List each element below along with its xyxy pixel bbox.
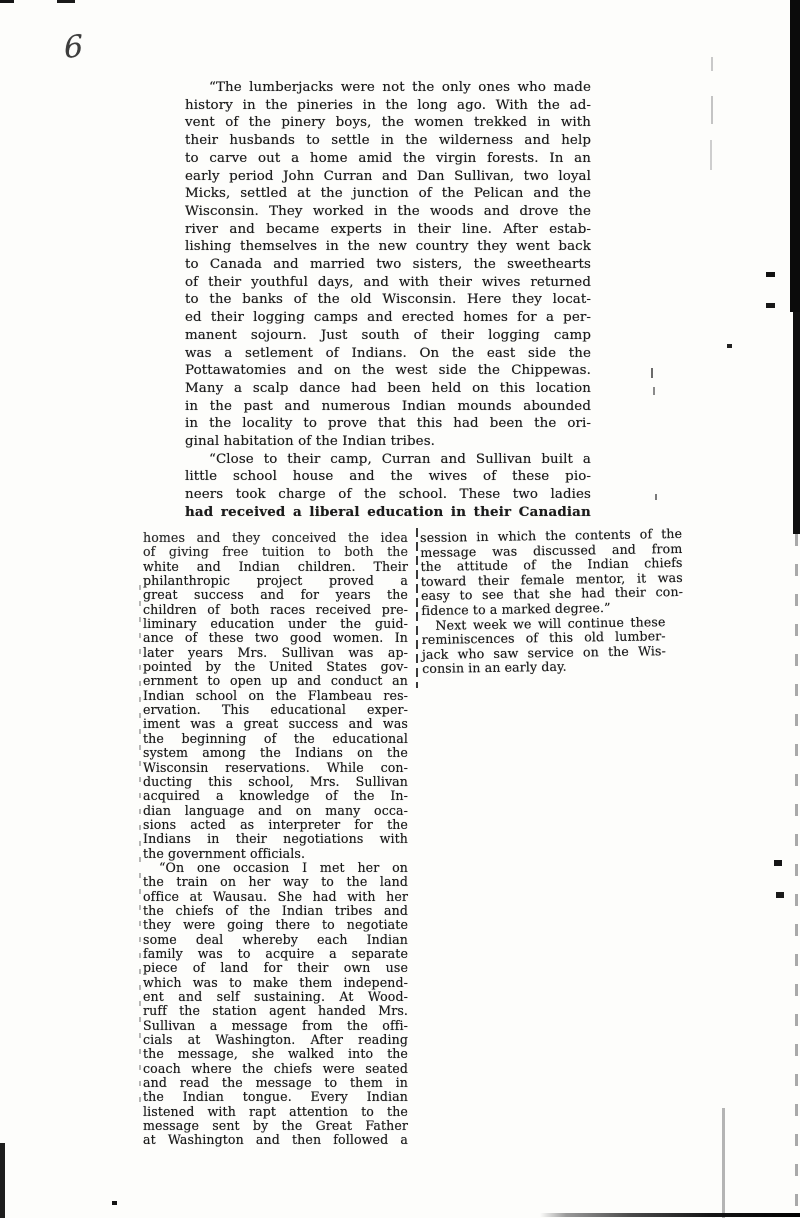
text-line: “Close to their camp, Curran and Sulliva…	[185, 451, 591, 469]
text-line: river and became experts in their line. …	[185, 221, 591, 239]
text-line: ducting this school, Mrs. Sullivan	[143, 775, 408, 789]
scan-speck	[727, 344, 732, 348]
text-line: Pottawatomies and on the west side the C…	[185, 362, 591, 380]
text-line: manent sojourn. Just south of their logg…	[185, 327, 591, 345]
text-line: the message, she walked into the	[143, 1047, 408, 1061]
text-line: great success and for years the	[143, 588, 408, 602]
text-line: history in the pineries in the long ago.…	[185, 97, 591, 115]
text-line: cials at Washington. After reading	[143, 1033, 408, 1047]
text-line: ervation. This educational exper-	[143, 703, 408, 717]
column-divider-line	[416, 528, 418, 688]
scan-faint-dash	[710, 140, 712, 170]
text-line: Sullivan a message from the offi-	[143, 1019, 408, 1033]
text-line: to the banks of the old Wisconsin. Here …	[185, 291, 591, 309]
text-line: consin in an early day.	[422, 658, 666, 676]
paragraph: Next week we will continue thesereminisc…	[421, 615, 666, 677]
text-line: office at Wausau. She had with her	[143, 890, 408, 904]
text-line: the train on her way to the land	[143, 875, 408, 889]
scan-ink-tick	[653, 387, 655, 395]
scan-speck	[766, 303, 775, 308]
scan-edge-mark	[0, 0, 14, 3]
scan-speck	[112, 1201, 117, 1205]
scan-edge-dashes	[795, 534, 798, 1218]
text-line: and read the message to them in	[143, 1076, 408, 1090]
article-intro-block: “The lumberjacks were not the only ones …	[185, 79, 591, 522]
paragraph: “On one occasion I met her onthe train o…	[143, 861, 408, 1148]
text-line: homes and they conceived the idea	[143, 531, 408, 545]
scan-edge-strip	[0, 1143, 5, 1218]
text-line: in the locality to prove that this had b…	[185, 415, 591, 433]
scan-bottom-line	[540, 1213, 800, 1217]
scan-speck	[776, 892, 784, 898]
text-line: in the past and numerous Indian mounds a…	[185, 398, 591, 416]
scan-speck	[774, 860, 782, 866]
text-line: to carve out a home amid the virgin fore…	[185, 150, 591, 168]
text-line: Many a scalp dance had been held on this…	[185, 380, 591, 398]
text-line: Micks, settled at the junction of the Pe…	[185, 185, 591, 203]
text-line: the chiefs of the Indian tribes and	[143, 904, 408, 918]
text-line: system among the Indians on the	[143, 746, 408, 760]
scan-right-black-band	[793, 312, 800, 534]
text-line: listened with rapt attention to the	[143, 1105, 408, 1119]
text-line: philanthropic project proved a	[143, 574, 408, 588]
text-line: iment was a great success and was	[143, 717, 408, 731]
text-line: little school house and the wives of the…	[185, 468, 591, 486]
text-line: ginal habitation of the Indian tribes.	[185, 433, 591, 451]
text-line: family was to acquire a separate	[143, 947, 408, 961]
text-line: the government officials.	[143, 847, 408, 861]
text-line: acquired a knowledge of the In-	[143, 789, 408, 803]
text-line: message sent by the Great Father	[143, 1119, 408, 1133]
text-line: the beginning of the educational	[143, 732, 408, 746]
text-line: vent of the pinery boys, the women trekk…	[185, 114, 591, 132]
text-line: dian language and on many occa-	[143, 804, 408, 818]
text-line: later years Mrs. Sullivan was ap-	[143, 646, 408, 660]
scan-ink-tick	[651, 368, 653, 378]
scan-right-black-band	[790, 0, 800, 312]
article-right-column: session in which the contents of themess…	[420, 527, 684, 677]
text-line: coach where the chiefs were seated	[143, 1062, 408, 1076]
text-line: ance of these two good women. In	[143, 631, 408, 645]
text-line: was a setlement of Indians. On the east …	[185, 345, 591, 363]
scan-faint-dash	[711, 57, 713, 71]
text-line: “On one occasion I met her on	[143, 861, 408, 875]
column-margin-line	[139, 585, 141, 1110]
text-line: pointed by the United States gov-	[143, 660, 408, 674]
text-line: children of both races received pre-	[143, 603, 408, 617]
scan-fold-line	[722, 1108, 725, 1218]
text-line: they were going there to negotiate	[143, 918, 408, 932]
text-line: ernment to open up and conduct an	[143, 674, 408, 688]
text-line: of giving free tuition to both the	[143, 545, 408, 559]
text-line: some deal whereby each Indian	[143, 933, 408, 947]
text-line: had received a liberal education in thei…	[185, 504, 591, 522]
text-line: “The lumberjacks were not the only ones …	[185, 79, 591, 97]
scan-edge-mark	[57, 0, 75, 3]
text-line: which was to make them independ-	[143, 976, 408, 990]
scan-faint-dash	[711, 96, 713, 124]
text-line: liminary education under the guid-	[143, 617, 408, 631]
scanned-newspaper-page: 6 “The lumberjacks were not the only one…	[0, 0, 800, 1218]
scan-speck	[766, 272, 775, 277]
text-line: lishing themselves in the new country th…	[185, 238, 591, 256]
text-line: their husbands to settle in the wilderne…	[185, 132, 591, 150]
text-line: sions acted as interpreter for the	[143, 818, 408, 832]
paragraph: session in which the contents of themess…	[420, 527, 683, 619]
paragraph: “Close to their camp, Curran and Sulliva…	[185, 451, 591, 522]
text-line: early period John Curran and Dan Sulliva…	[185, 168, 591, 186]
article-left-column: homes and they conceived the ideaof givi…	[143, 531, 408, 1148]
text-line: neers took charge of the school. These t…	[185, 486, 591, 504]
text-line: Indians in their negotiations with	[143, 832, 408, 846]
text-line: the Indian tongue. Every Indian	[143, 1090, 408, 1104]
text-line: white and Indian children. Their	[143, 560, 408, 574]
handwritten-page-number: 6	[63, 29, 84, 66]
paragraph: homes and they conceived the ideaof givi…	[143, 531, 408, 861]
text-line: piece of land for their own use	[143, 961, 408, 975]
text-line: to Canada and married two sisters, the s…	[185, 256, 591, 274]
scan-ink-tick	[655, 494, 657, 500]
text-line: ruff the station agent handed Mrs.	[143, 1004, 408, 1018]
text-line: ed their logging camps and erected homes…	[185, 309, 591, 327]
text-line: at Washington and then followed a	[143, 1133, 408, 1147]
text-line: of their youthful days, and with their w…	[185, 274, 591, 292]
text-line: Wisconsin. They worked in the woods and …	[185, 203, 591, 221]
paragraph: “The lumberjacks were not the only ones …	[185, 79, 591, 451]
text-line: ent and self sustaining. At Wood-	[143, 990, 408, 1004]
text-line: Wisconsin reservations. While con-	[143, 761, 408, 775]
text-line: Indian school on the Flambeau res-	[143, 689, 408, 703]
